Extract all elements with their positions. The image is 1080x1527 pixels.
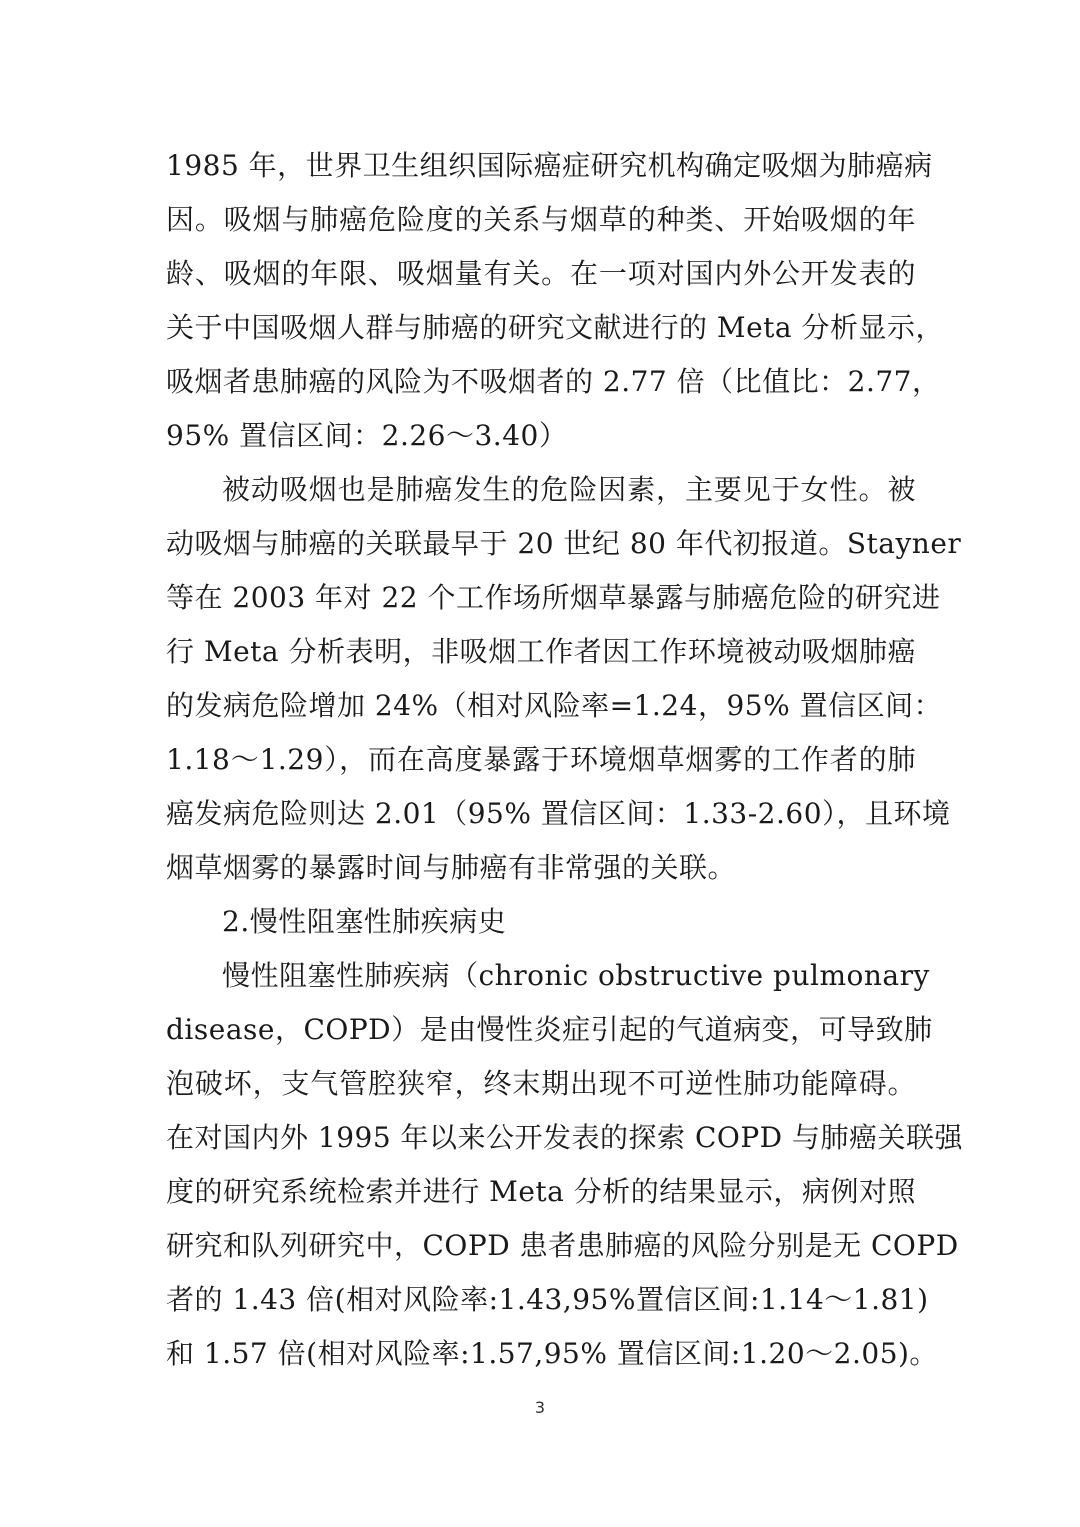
paragraph-passive-line-7: 癌发病危险则达 2.01（95% 置信区间：1.33-2.60），且环境 xyxy=(166,794,916,834)
paragraph-passive-line-5: 的发病危险增加 24%（相对风险率=1.24，95% 置信区间： xyxy=(166,686,916,726)
paragraph-copd-line-8: 和 1.57 倍(相对风险率:1.57,95% 置信区间:1.20～2.05)。 xyxy=(166,1334,916,1374)
paragraph-passive-line-1: 被动吸烟也是肺癌发生的危险因素，主要见于女性。被 xyxy=(222,470,916,510)
paragraph-passive-line-8: 烟草烟雾的暴露时间与肺癌有非常强的关联。 xyxy=(166,848,916,888)
paragraph-smoking-line-4: 关于中国吸烟人群与肺癌的研究文献进行的 Meta 分析显示， xyxy=(166,308,916,348)
paragraph-copd-line-6: 研究和队列研究中，COPD 患者患肺癌的风险分别是无 COPD xyxy=(166,1226,916,1266)
paragraph-copd-line-4: 在对国内外 1995 年以来公开发表的探索 COPD 与肺癌关联强 xyxy=(166,1118,916,1158)
paragraph-copd-line-7: 者的 1.43 倍(相对风险率:1.43,95%置信区间:1.14～1.81) xyxy=(166,1280,916,1320)
page-number: 3 xyxy=(0,1398,1080,1417)
paragraph-copd-line-2: disease，COPD）是由慢性炎症引起的气道病变，可导致肺 xyxy=(166,1010,916,1050)
paragraph-copd-line-1: 慢性阻塞性肺疾病（chronic obstructive pulmonary xyxy=(222,956,916,996)
paragraph-copd-line-5: 度的研究系统检索并进行 Meta 分析的结果显示，病例对照 xyxy=(166,1172,916,1212)
paragraph-smoking-line-5: 吸烟者患肺癌的风险为不吸烟者的 2.77 倍（比值比：2.77， xyxy=(166,362,916,402)
paragraph-passive-line-2: 动吸烟与肺癌的关联最早于 20 世纪 80 年代初报道。Stayner xyxy=(166,524,916,564)
paragraph-passive-line-3: 等在 2003 年对 22 个工作场所烟草暴露与肺癌危险的研究进 xyxy=(166,578,916,618)
paragraph-smoking-line-6: 95% 置信区间：2.26～3.40） xyxy=(166,416,916,456)
paragraph-copd-line-3: 泡破坏，支气管腔狭窄，终末期出现不可逆性肺功能障碍。 xyxy=(166,1064,916,1104)
section-heading-copd: 2.慢性阻塞性肺疾病史 xyxy=(222,902,916,942)
paragraph-smoking-line-2: 因。吸烟与肺癌危险度的关系与烟草的种类、开始吸烟的年 xyxy=(166,200,916,240)
paragraph-smoking-line-1: 1985 年，世界卫生组织国际癌症研究机构确定吸烟为肺癌病 xyxy=(166,146,916,186)
paragraph-passive-line-6: 1.18～1.29），而在高度暴露于环境烟草烟雾的工作者的肺 xyxy=(166,740,916,780)
paragraph-smoking-line-3: 龄、吸烟的年限、吸烟量有关。在一项对国内外公开发表的 xyxy=(166,254,916,294)
document-page: 1985 年，世界卫生组织国际癌症研究机构确定吸烟为肺癌病 因。吸烟与肺癌危险度… xyxy=(0,0,1080,1527)
paragraph-passive-line-4: 行 Meta 分析表明，非吸烟工作者因工作环境被动吸烟肺癌 xyxy=(166,632,916,672)
